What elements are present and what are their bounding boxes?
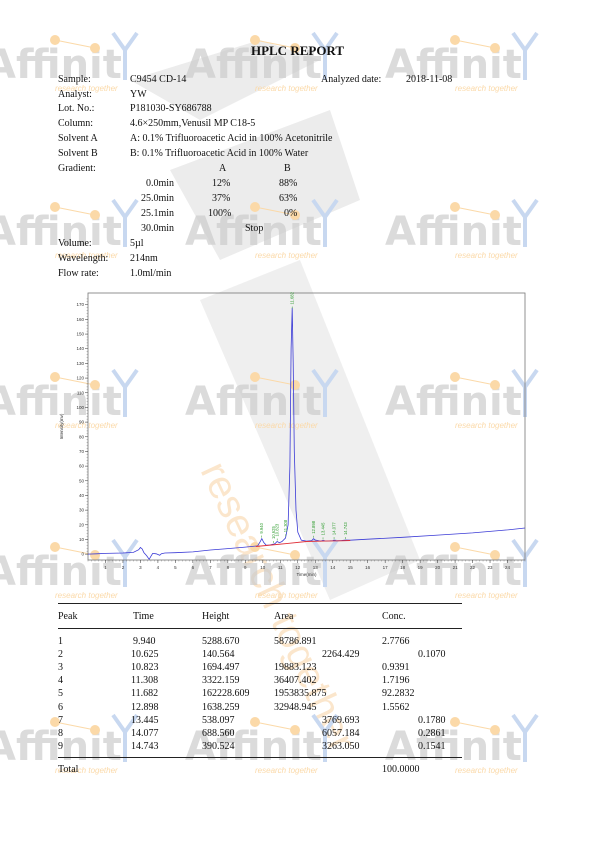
cell-time: 13.445	[131, 715, 159, 726]
cell-time: 14.077	[131, 728, 159, 739]
cell-height: 3322.159	[202, 675, 240, 686]
cell-peak: 2	[58, 649, 63, 660]
svg-text:4: 4	[157, 565, 160, 570]
cell-peak: 8	[58, 728, 63, 739]
header-time: Time	[133, 611, 154, 622]
svg-text:12.898: 12.898	[311, 520, 316, 533]
gradient-stop: Stop	[245, 223, 263, 234]
gradient-label: Gradient:	[58, 163, 96, 174]
svg-text:11: 11	[278, 565, 283, 570]
svg-text:50: 50	[79, 478, 85, 483]
gradient-header-b: B	[284, 163, 291, 174]
cell-conc: 0.1070	[418, 649, 446, 660]
svg-text:13: 13	[313, 565, 319, 570]
svg-text:Intensity(mv): Intensity(mv)	[59, 413, 64, 439]
cell-time: 11.682	[131, 688, 158, 699]
gradient-b: 63%	[279, 193, 297, 204]
cell-area: 1953835.875	[274, 688, 327, 699]
svg-text:15: 15	[348, 565, 354, 570]
gradient-a: 100%	[208, 208, 231, 219]
hplc-report-page: HPLC REPORT Sample: C9454 CD-14 Analyzed…	[0, 0, 595, 841]
cell-conc: 2.7766	[382, 636, 410, 647]
cell-area: 3769.693	[322, 715, 360, 726]
svg-text:150: 150	[76, 332, 84, 337]
flow-rate-value: 1.0ml/min	[130, 268, 171, 279]
cell-peak: 1	[58, 636, 63, 647]
svg-text:22: 22	[470, 565, 476, 570]
svg-text:10.823: 10.823	[275, 523, 280, 536]
svg-text:Time(min): Time(min)	[296, 572, 317, 577]
cell-conc: 1.7196	[382, 675, 410, 686]
gradient-time: 0.0min	[146, 178, 174, 189]
gradient-a: 12%	[212, 178, 230, 189]
svg-text:90: 90	[79, 420, 85, 425]
svg-text:40: 40	[79, 493, 85, 498]
cell-peak: 3	[58, 662, 63, 673]
flow-rate-label: Flow rate:	[58, 268, 99, 279]
analyzed-date-label: Analyzed date:	[321, 74, 381, 85]
header-height: Height	[202, 611, 229, 622]
svg-text:10: 10	[260, 565, 266, 570]
column-label: Column:	[58, 118, 93, 129]
svg-text:60: 60	[79, 464, 85, 469]
gradient-a: 37%	[212, 193, 230, 204]
cell-peak: 7	[58, 715, 63, 726]
gradient-time: 25.0min	[141, 193, 174, 204]
analyst-value: YW	[130, 89, 147, 100]
svg-text:9: 9	[244, 565, 247, 570]
cell-height: 140.564	[202, 649, 235, 660]
lot-value: P181030-SY686788	[130, 103, 212, 114]
volume-value: 5µl	[130, 238, 144, 249]
solvent-a-label: Solvent A	[58, 133, 98, 144]
svg-text:13.445: 13.445	[321, 522, 326, 535]
analyst-label: Analyst:	[58, 89, 92, 100]
analyzed-date-value: 2018-11-08	[406, 74, 452, 85]
cell-time: 11.308	[131, 675, 158, 686]
gradient-time: 25.1min	[141, 208, 174, 219]
cell-area: 58786.891	[274, 636, 317, 647]
cell-conc: 1.5562	[382, 702, 410, 713]
cell-peak: 5	[58, 688, 63, 699]
svg-text:110: 110	[77, 390, 85, 395]
solvent-a-value: A: 0.1% Trifluoroacetic Acid in 100% Ace…	[130, 133, 332, 144]
cell-time: 10.823	[131, 662, 159, 673]
svg-text:100: 100	[76, 405, 84, 410]
svg-text:5: 5	[174, 565, 177, 570]
cell-height: 162228.609	[202, 688, 250, 699]
cell-height: 538.097	[202, 715, 235, 726]
svg-text:14.077: 14.077	[332, 522, 337, 535]
svg-text:14.743: 14.743	[343, 522, 348, 535]
svg-text:2: 2	[122, 565, 125, 570]
cell-area: 2264.429	[322, 649, 360, 660]
svg-text:24: 24	[505, 565, 511, 570]
cell-height: 688.560	[202, 728, 235, 739]
cell-time: 10.625	[131, 649, 159, 660]
svg-text:19: 19	[418, 565, 424, 570]
gradient-time: 30.0min	[141, 223, 174, 234]
svg-text:11.682: 11.682	[290, 291, 295, 304]
total-label: Total	[58, 764, 78, 775]
cell-time: 14.743	[131, 741, 159, 752]
cell-conc: 0.9391	[382, 662, 410, 673]
cell-height: 5288.670	[202, 636, 240, 647]
cell-peak: 9	[58, 741, 63, 752]
cell-area: 36407.402	[274, 675, 317, 686]
gradient-b: 0%	[284, 208, 297, 219]
header-peak: Peak	[58, 611, 77, 622]
svg-text:9.940: 9.940	[259, 522, 264, 533]
svg-text:14: 14	[330, 565, 336, 570]
svg-text:1: 1	[104, 565, 107, 570]
solvent-b-label: Solvent B	[58, 148, 98, 159]
report-title: HPLC REPORT	[0, 43, 595, 59]
svg-text:3: 3	[139, 565, 142, 570]
svg-text:6: 6	[192, 565, 195, 570]
cell-area: 3263.050	[322, 741, 360, 752]
cell-time: 12.898	[131, 702, 159, 713]
svg-text:17: 17	[383, 565, 389, 570]
cell-conc: 92.2832	[382, 688, 415, 699]
svg-text:30: 30	[79, 508, 85, 513]
svg-text:70: 70	[79, 449, 85, 454]
cell-peak: 4	[58, 675, 63, 686]
cell-height: 1694.497	[202, 662, 240, 673]
table-header-rule	[58, 628, 462, 629]
table-top-rule	[58, 603, 462, 604]
cell-conc: 0.2861	[418, 728, 446, 739]
svg-text:16: 16	[365, 565, 371, 570]
svg-text:0: 0	[81, 552, 84, 557]
svg-text:20: 20	[79, 522, 85, 527]
svg-text:21: 21	[453, 565, 459, 570]
volume-label: Volume:	[58, 238, 92, 249]
cell-height: 390.524	[202, 741, 235, 752]
svg-text:11.308: 11.308	[283, 519, 288, 532]
gradient-header-a: A	[219, 163, 226, 174]
total-conc: 100.0000	[382, 764, 420, 775]
lot-label: Lot. No.:	[58, 103, 94, 114]
gradient-b: 88%	[279, 178, 297, 189]
table-bottom-rule	[58, 757, 462, 758]
cell-conc: 0.1541	[418, 741, 446, 752]
svg-text:18: 18	[400, 565, 406, 570]
column-value: 4.6×250mm,Venusil MP C18-5	[130, 118, 255, 129]
svg-text:80: 80	[79, 434, 85, 439]
svg-text:20: 20	[435, 565, 441, 570]
solvent-b-value: B: 0.1% Trifluoroacetic Acid in 100% Wat…	[130, 148, 308, 159]
cell-peak: 6	[58, 702, 63, 713]
svg-text:130: 130	[76, 361, 84, 366]
svg-text:140: 140	[76, 346, 84, 351]
wavelength-value: 214nm	[130, 253, 158, 264]
cell-conc: 0.1780	[418, 715, 446, 726]
header-area: Area	[274, 611, 293, 622]
chromatogram-chart: 0102030405060708090100110120130140150160…	[55, 290, 535, 580]
svg-text:12: 12	[295, 565, 301, 570]
cell-area: 19883.123	[274, 662, 317, 673]
svg-text:160: 160	[76, 317, 84, 322]
svg-text:120: 120	[76, 376, 84, 381]
svg-text:170: 170	[76, 302, 84, 307]
svg-text:10: 10	[79, 537, 85, 542]
cell-time: 9.940	[133, 636, 156, 647]
cell-height: 1638.259	[202, 702, 240, 713]
cell-area: 32948.945	[274, 702, 317, 713]
svg-text:23: 23	[488, 565, 494, 570]
sample-label: Sample:	[58, 74, 91, 85]
wavelength-label: Wavelength:	[58, 253, 108, 264]
header-conc: Conc.	[382, 611, 406, 622]
cell-area: 6057.184	[322, 728, 360, 739]
sample-value: C9454 CD-14	[130, 74, 186, 85]
svg-text:8: 8	[227, 565, 230, 570]
svg-text:7: 7	[209, 565, 212, 570]
